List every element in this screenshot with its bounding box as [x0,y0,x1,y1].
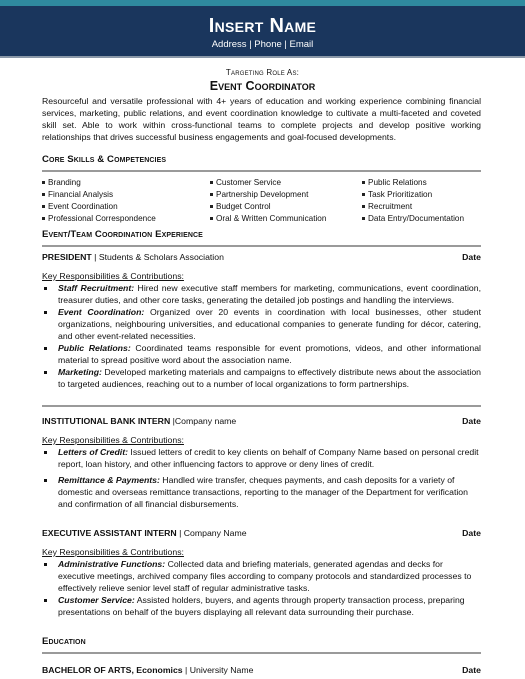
job-entry: PRESIDENT | Students & Scholars Associat… [42,251,481,390]
bullet-icon [362,193,365,196]
responsibility-heading: Administrative Functions: [58,559,165,569]
responsibility-heading: Public Relations: [58,343,131,353]
skill-label: Task Prioritization [368,190,432,199]
section-divider [42,652,481,654]
skill-label: Partnership Development [216,190,308,199]
square-bullet-icon [44,563,47,566]
job-date: Date [462,527,481,539]
skill-label: Professional Correspondence [48,214,156,223]
skills-section: Core Skills & Competencies BrandingFinan… [42,153,481,225]
skill-item: Recruitment [362,201,481,213]
education-date: Date [462,664,481,676]
job-header: PRESIDENT | Students & Scholars Associat… [42,251,481,263]
skill-item: Budget Control [210,201,362,213]
responsibility-item: Remittance & Payments: Handled wire tran… [42,474,481,510]
square-bullet-icon [44,451,47,454]
responsibilities-list: Letters of Credit: Issued letters of cre… [42,446,481,510]
square-bullet-icon [44,479,47,482]
skill-label: Recruitment [368,202,412,211]
education-section: Education BACHELOR OF ARTS, Economics | … [42,635,481,676]
skill-label: Budget Control [216,202,271,211]
skills-column: Public RelationsTask PrioritizationRecru… [362,177,481,225]
bullet-icon [42,193,45,196]
responsibility-heading: Letters of Credit: [58,447,128,457]
bullet-icon [210,181,213,184]
responsibility-heading: Staff Recruitment: [58,283,134,293]
bullet-icon [362,181,365,184]
skill-label: Financial Analysis [48,190,113,199]
organization: Company name [175,416,236,426]
responsibilities-label: Key Responsibilities & Contributions: [42,546,481,558]
responsibility-heading: Marketing: [58,367,102,377]
skill-item: Event Coordination [42,201,210,213]
target-role: Event Coordinator [0,78,525,95]
separator: | [183,665,190,675]
square-bullet-icon [44,287,47,290]
bullet-icon [42,181,45,184]
responsibility-heading: Customer Service: [58,595,135,605]
responsibility-item: Public Relations: Coordinated teams resp… [42,342,481,366]
job-entry: EXECUTIVE ASSISTANT INTERN | Company Nam… [42,527,481,618]
responsibilities-list: Administrative Functions: Collected data… [42,558,481,618]
section-divider [42,170,481,172]
skill-item: Branding [42,177,210,189]
job-title: EXECUTIVE ASSISTANT INTERN [42,528,177,538]
skill-label: Oral & Written Communication [216,214,326,223]
skill-item: Task Prioritization [362,189,481,201]
bullet-icon [210,217,213,220]
bullet-icon [42,217,45,220]
degree: BACHELOR OF ARTS, Economics [42,665,183,675]
experience-heading: Event/Team Coordination Experience [42,228,481,241]
responsibilities-list: Staff Recruitment: Hired new executive s… [42,282,481,390]
organization: Company Name [184,528,247,538]
candidate-name: Insert Name [0,14,525,38]
skill-label: Data Entry/Documentation [368,214,464,223]
job-header: INSTITUTIONAL BANK INTERN |Company nameD… [42,415,481,427]
job-title: INSTITUTIONAL BANK INTERN [42,416,170,426]
skills-grid: BrandingFinancial AnalysisEvent Coordina… [42,177,481,225]
skill-label: Branding [48,178,81,187]
job-title: PRESIDENT [42,252,92,262]
skill-item: Financial Analysis [42,189,210,201]
square-bullet-icon [44,599,47,602]
job-header: EXECUTIVE ASSISTANT INTERN | Company Nam… [42,527,481,539]
skills-heading: Core Skills & Competencies [42,153,481,166]
school-name: University Name [190,665,254,675]
bullet-icon [210,193,213,196]
professional-summary: Resourceful and versatile professional w… [42,95,481,143]
section-divider [42,245,481,247]
job-entry: INSTITUTIONAL BANK INTERN |Company nameD… [42,415,481,510]
skill-label: Public Relations [368,178,427,187]
organization: Students & Scholars Association [99,252,224,262]
skills-column: BrandingFinancial AnalysisEvent Coordina… [42,177,210,225]
experience-section: Event/Team Coordination Experience [42,228,481,247]
skill-item: Oral & Written Communication [210,213,362,225]
responsibility-item: Staff Recruitment: Hired new executive s… [42,282,481,306]
skill-item: Data Entry/Documentation [362,213,481,225]
square-bullet-icon [44,347,47,350]
skill-item: Partnership Development [210,189,362,201]
responsibility-item: Event Coordination: Organized over 20 ev… [42,306,481,342]
education-heading: Education [42,635,481,648]
skill-item: Customer Service [210,177,362,189]
bullet-icon [362,217,365,220]
targeting-label: Targeting Role As: [0,67,525,78]
job-date: Date [462,415,481,427]
job-divider [42,405,481,407]
responsibility-heading: Event Coordination: [58,307,144,317]
bullet-icon [210,205,213,208]
square-bullet-icon [44,311,47,314]
responsibilities-label: Key Responsibilities & Contributions: [42,434,481,446]
skill-label: Event Coordination [48,202,118,211]
resume-header: Insert Name Address | Phone | Email [0,6,525,58]
bullet-icon [42,205,45,208]
responsibility-item: Letters of Credit: Issued letters of cre… [42,446,481,470]
responsibilities-label: Key Responsibilities & Contributions: [42,270,481,282]
separator: | [92,252,99,262]
square-bullet-icon [44,371,47,374]
separator: | [177,528,184,538]
responsibility-item: Customer Service: Assisted holders, buye… [42,594,481,618]
job-date: Date [462,251,481,263]
skill-label: Customer Service [216,178,281,187]
responsibility-text: Developed marketing materials and campai… [58,367,481,389]
responsibility-heading: Remittance & Payments: [58,475,160,485]
skill-item: Public Relations [362,177,481,189]
education-line: BACHELOR OF ARTS, Economics | University… [42,664,481,676]
contact-line: Address | Phone | Email [0,38,525,51]
responsibility-item: Marketing: Developed marketing materials… [42,366,481,390]
skills-column: Customer ServicePartnership DevelopmentB… [210,177,362,225]
responsibility-item: Administrative Functions: Collected data… [42,558,481,594]
bullet-icon [362,205,365,208]
skill-item: Professional Correspondence [42,213,210,225]
